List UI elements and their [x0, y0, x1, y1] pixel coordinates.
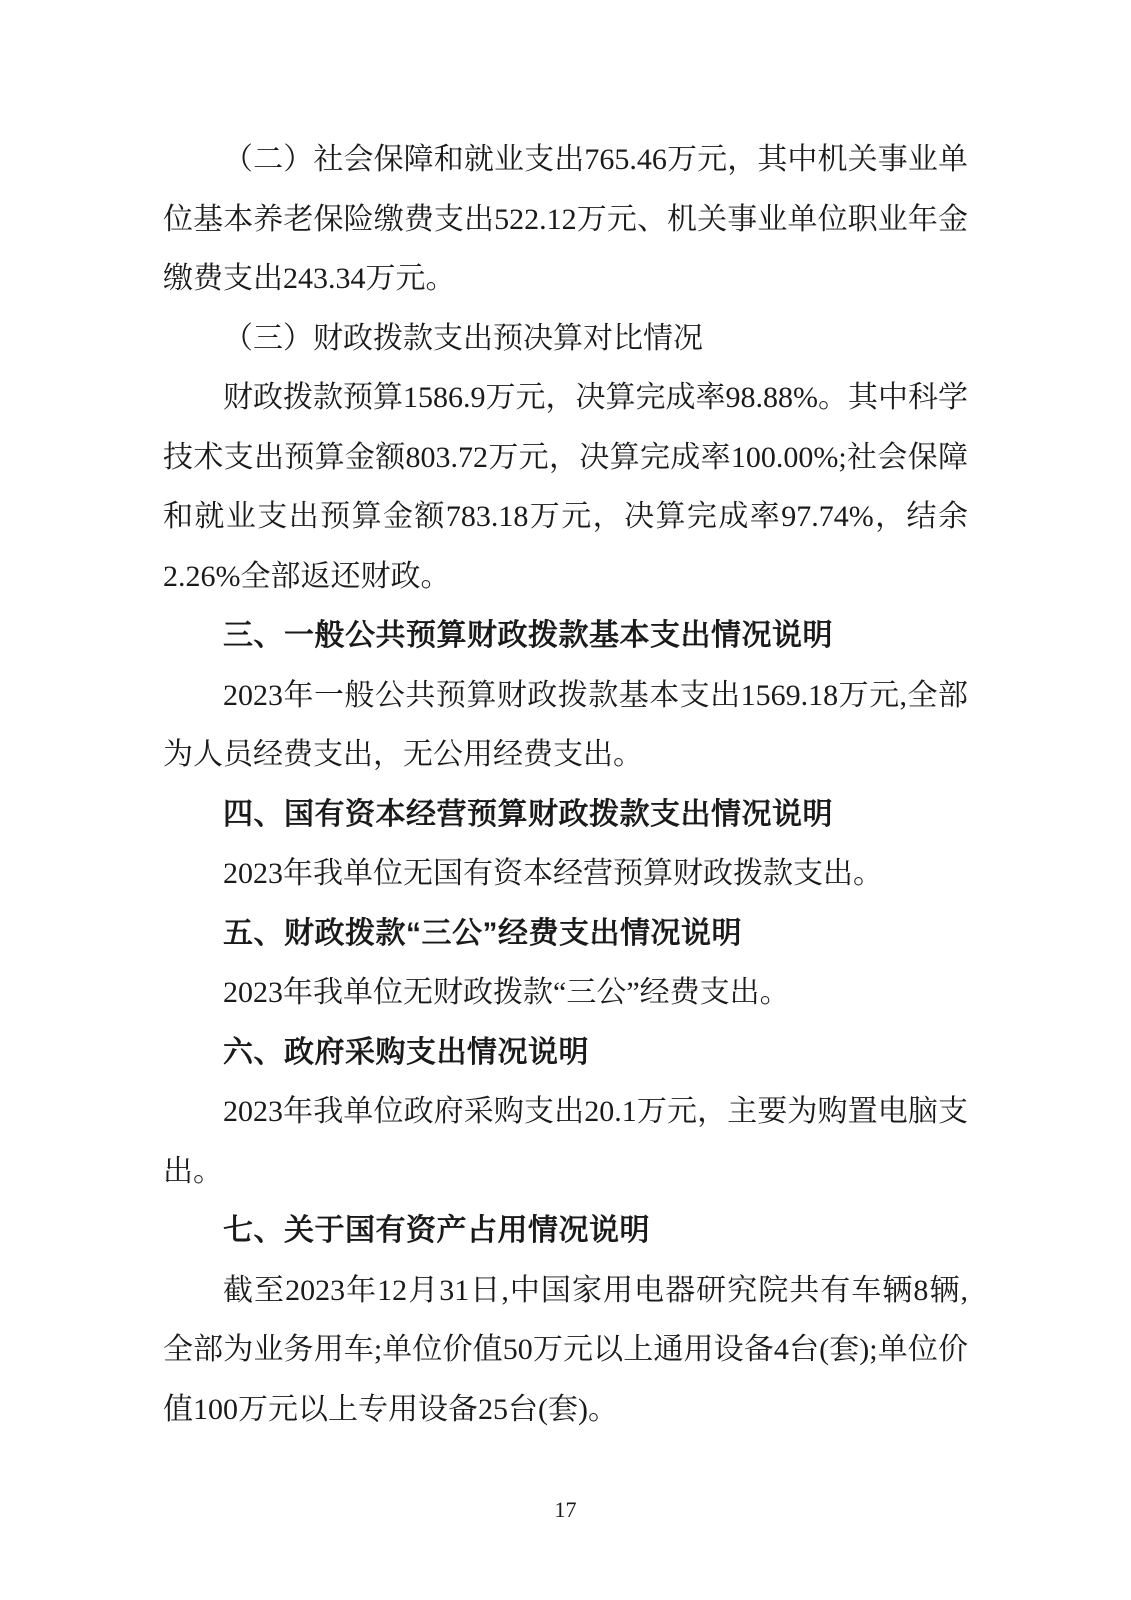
- paragraph: 财政拨款预算1586.9万元，决算完成率98.88%。其中科学技术支出预算金额8…: [163, 368, 968, 606]
- paragraph: （三）财政拨款支出预决算对比情况: [163, 309, 968, 369]
- section-heading: 三、一般公共预算财政拨款基本支出情况说明: [163, 606, 968, 666]
- paragraph: 截至2023年12月31日,中国家用电器研究院共有车辆8辆,全部为业务用车;单位…: [163, 1261, 968, 1440]
- page-number: 17: [0, 1497, 1131, 1523]
- paragraph: 2023年我单位无财政拨款“三公”经费支出。: [163, 963, 968, 1023]
- section-heading: 四、国有资本经营预算财政拨款支出情况说明: [163, 785, 968, 845]
- section-heading: 六、政府采购支出情况说明: [163, 1023, 968, 1083]
- paragraph: 2023年我单位政府采购支出20.1万元，主要为购置电脑支出。: [163, 1082, 968, 1201]
- paragraph: 2023年我单位无国有资本经营预算财政拨款支出。: [163, 844, 968, 904]
- section-heading: 五、财政拨款“三公”经费支出情况说明: [163, 904, 968, 964]
- paragraph: （二）社会保障和就业支出765.46万元，其中机关事业单位基本养老保险缴费支出5…: [163, 130, 968, 309]
- section-heading: 七、关于国有资产占用情况说明: [163, 1201, 968, 1261]
- paragraph: 2023年一般公共预算财政拨款基本支出1569.18万元,全部为人员经费支出，无…: [163, 666, 968, 785]
- document-page: （二）社会保障和就业支出765.46万元，其中机关事业单位基本养老保险缴费支出5…: [0, 0, 1131, 1600]
